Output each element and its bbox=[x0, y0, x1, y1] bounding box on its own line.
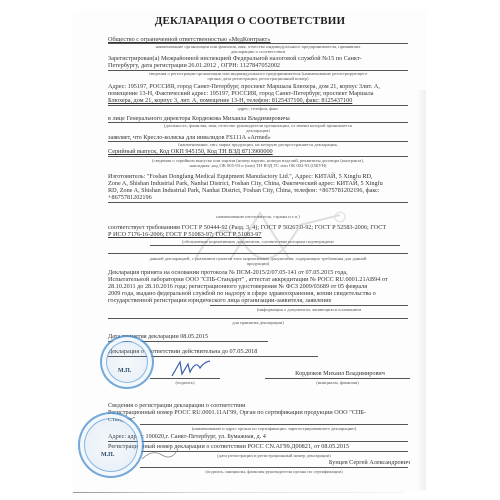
registration-caption-3: (подпись, инициалы, фамилия руководителя… bbox=[140, 469, 408, 475]
product-caption: (наименование, тип, марка продукции, на … bbox=[108, 142, 408, 148]
applicant-address-3: Блюхера, дом 21, корпус 3, лит. А, помещ… bbox=[108, 97, 408, 105]
serial-info: Серийный выпуск, Код ОКП 945150, Код ТН … bbox=[108, 148, 408, 156]
divider bbox=[210, 305, 408, 306]
manufacturer-caption: наименование изготовителя, страны и т.п.… bbox=[108, 214, 408, 220]
address-caption: адрес, телефон, факс bbox=[108, 106, 408, 112]
basis-caption: (информация о документах, являющихся осн… bbox=[210, 307, 408, 313]
certification-body-seal-stamp bbox=[78, 412, 144, 478]
company-seal-stamp bbox=[100, 335, 154, 389]
divider bbox=[108, 318, 408, 319]
signature-caption: (подпись) bbox=[165, 380, 205, 386]
divider bbox=[108, 156, 408, 157]
applicant-name-caption-2: декларацию о соответствии bbox=[108, 49, 408, 55]
mp-label: М.П. bbox=[118, 368, 131, 374]
divider bbox=[140, 424, 408, 425]
signer-name: Кордюков Михаил Владимирович bbox=[270, 370, 410, 378]
standards-caption-3: продукции) bbox=[108, 261, 408, 267]
page-bottom-edge bbox=[73, 492, 403, 493]
divider bbox=[108, 441, 408, 442]
divider bbox=[140, 467, 408, 468]
cert-body-address: Адрес: адрес: 190020,г. Санкт-Петербург,… bbox=[108, 433, 408, 441]
divider bbox=[265, 378, 410, 379]
registration-caption-2: (дата регистрации и регистрационный номе… bbox=[140, 453, 408, 459]
divider bbox=[108, 253, 408, 254]
registration-line-2: Стандарт" bbox=[108, 416, 408, 424]
basis-caption-2: для принятия декларации) bbox=[108, 320, 408, 326]
standards-line-2: Р ИСО 7176-16-2006; ГОСТ Р 51083-97; ГОС… bbox=[108, 231, 408, 239]
declaration-reg-number: Регистрационный номер декларации о соотв… bbox=[108, 443, 408, 451]
divider bbox=[108, 202, 408, 203]
divider bbox=[150, 245, 400, 246]
applicant-registration-2: Петербургу, дата регистрации 26.01.2012 … bbox=[108, 62, 408, 70]
accepted-date: Дата принятия декларации 08.05.2015 bbox=[108, 333, 408, 341]
represented-caption-2: декларация) bbox=[108, 128, 408, 134]
serial-caption-2: накладная ,код ОК 005-93 и (или) ТН ВЭД … bbox=[108, 163, 408, 169]
registration-caption-2: органа, дата регистрации, регистрационны… bbox=[108, 76, 408, 82]
mp-label-2: М.П. bbox=[101, 452, 114, 458]
document-title: ДЕКЛАРАЦИЯ О СООТВЕТСТВИИ bbox=[0, 15, 500, 27]
registration-caption: (наименование и адрес органа по сертифик… bbox=[140, 426, 408, 432]
page-edge-shadow bbox=[418, 90, 426, 490]
signer-caption: (инициалы, фамилия) bbox=[265, 380, 410, 386]
divider bbox=[140, 451, 408, 452]
standards-caption: (обозначение нормативных документов, соо… bbox=[108, 239, 408, 245]
basis-line-5: государственной регистрации юридического… bbox=[108, 297, 408, 305]
manufacturer-line-4: +8675781202196 bbox=[108, 194, 408, 202]
cert-head-name: Бунцев Сергей Александрович bbox=[300, 459, 410, 467]
divider bbox=[150, 378, 220, 379]
